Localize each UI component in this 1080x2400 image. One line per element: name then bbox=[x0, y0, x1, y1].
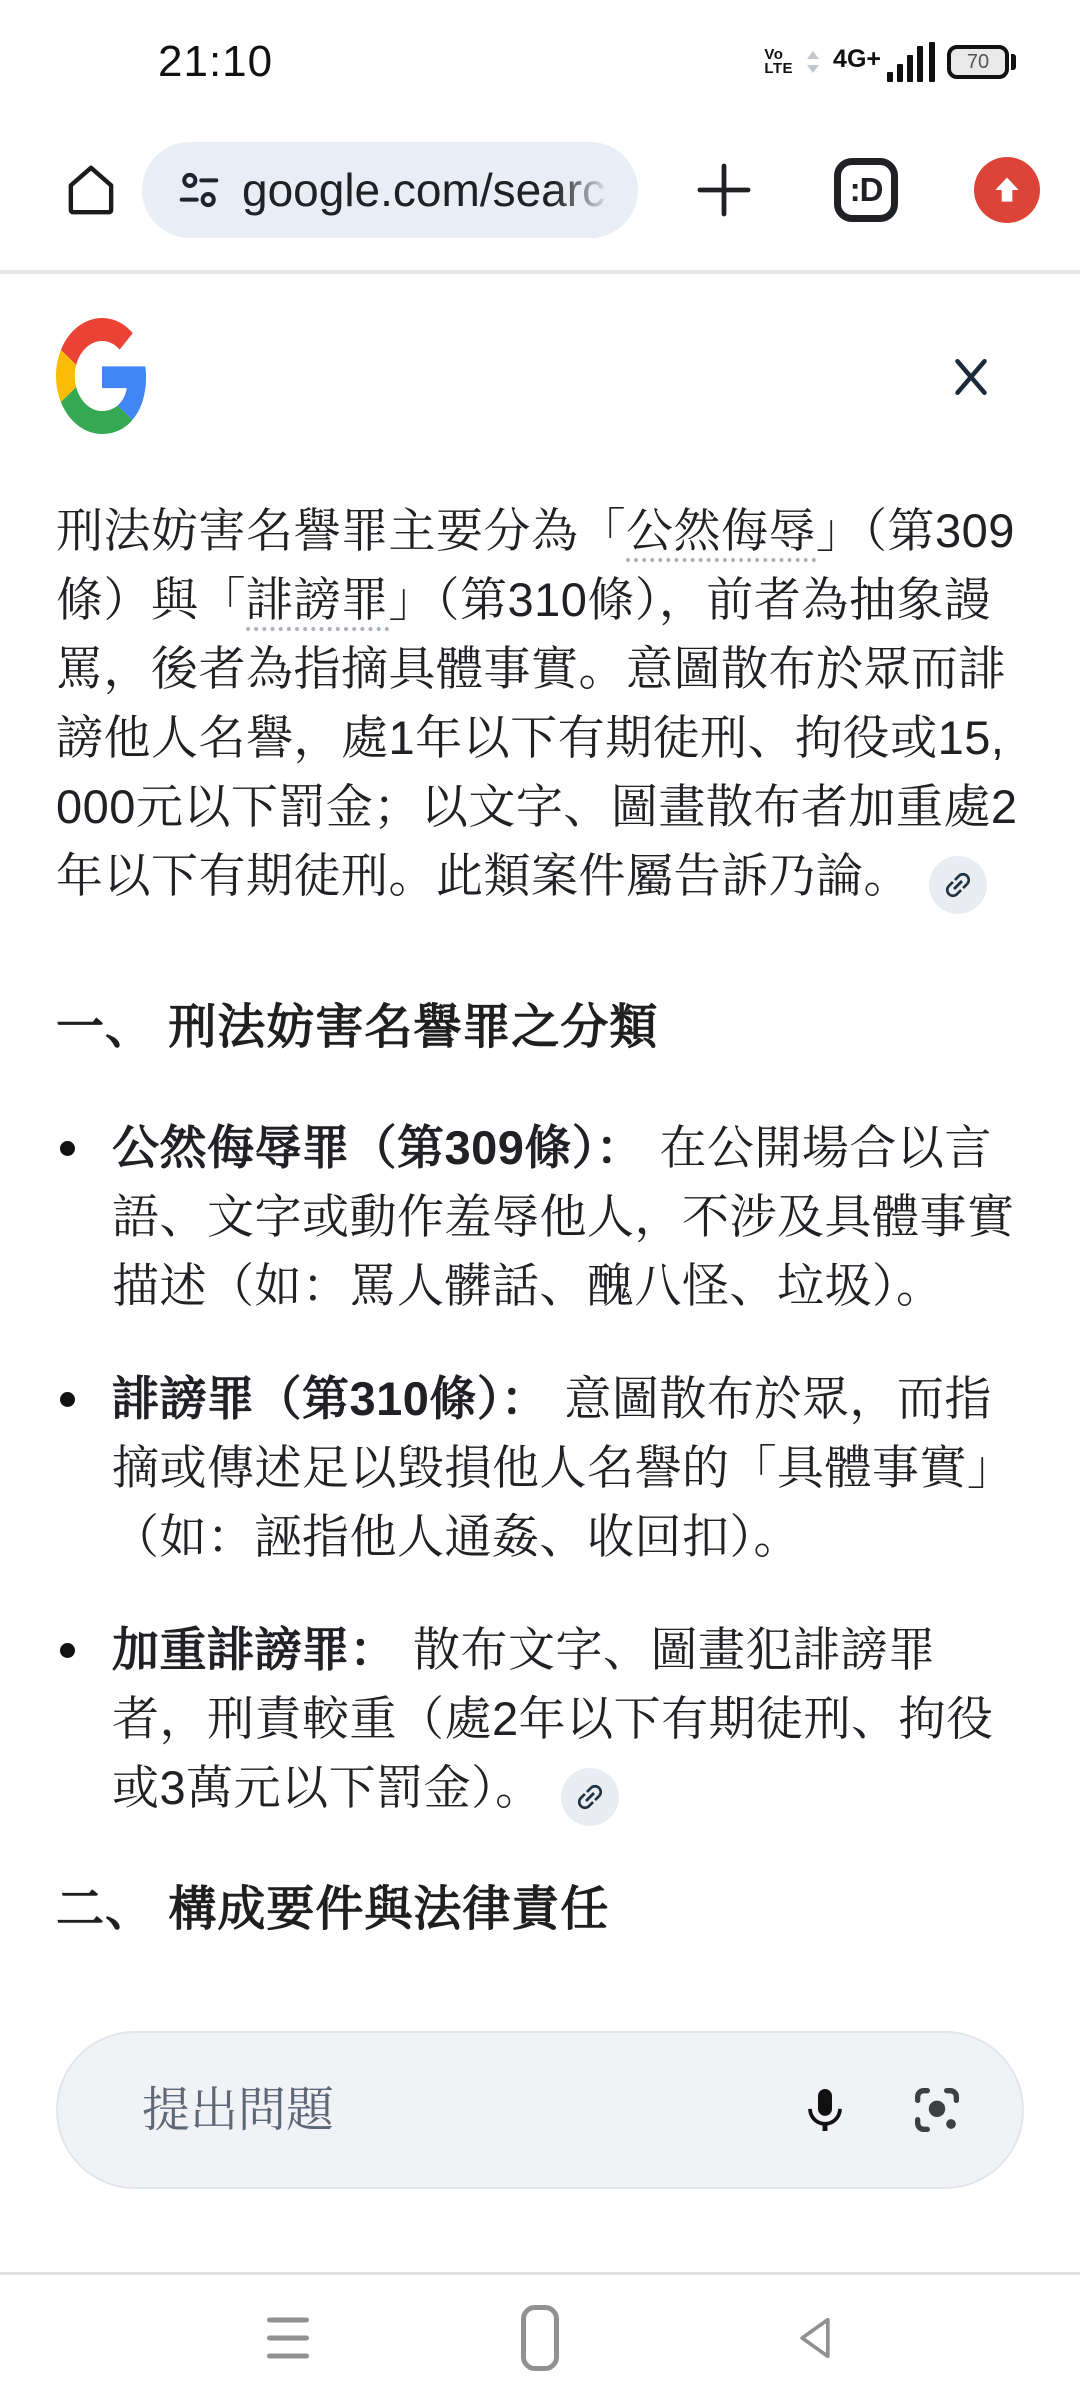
tab-switcher-button[interactable]: :D bbox=[834, 158, 898, 222]
url-text[interactable]: google.com/searc bbox=[242, 163, 614, 217]
classification-list: 公然侮辱罪（第309條）：在公開場合以言語、文字或動作羞辱他人，不涉及具體事實描… bbox=[56, 1113, 1024, 1826]
system-navigation-bar bbox=[0, 2272, 1080, 2400]
link-icon bbox=[573, 1780, 607, 1814]
bullet-lead: 加重誹謗罪： bbox=[112, 1623, 397, 1676]
source-link-button[interactable] bbox=[561, 1768, 619, 1826]
microphone-icon bbox=[797, 2082, 853, 2138]
bullet-lead: 公然侮辱罪（第309條）： bbox=[112, 1121, 643, 1174]
bullet-lead: 誹謗罪（第310條）： bbox=[112, 1372, 548, 1425]
omnibox[interactable]: google.com/searc bbox=[142, 142, 638, 238]
status-bar: 21:10 Vo LTE 4G+ 70 bbox=[0, 0, 1080, 110]
section-title-1: 一、 刑法妨害名譽罪之分類 bbox=[56, 988, 1024, 1057]
citation-link-public-insult[interactable]: 公然侮辱 bbox=[626, 504, 816, 562]
home-button[interactable] bbox=[56, 155, 126, 225]
google-logo bbox=[56, 318, 148, 434]
citation-link-defamation[interactable]: 誹謗罪 bbox=[246, 573, 389, 631]
voice-search-button[interactable] bbox=[790, 2075, 860, 2145]
google-lens-button[interactable] bbox=[902, 2075, 972, 2145]
section-title-2: 二、 構成要件與法律責任 bbox=[56, 1870, 1024, 1939]
site-controls-icon[interactable] bbox=[176, 167, 222, 213]
back-triangle-icon bbox=[793, 2313, 837, 2363]
android-chrome-screen: { "status_bar": { "time": "21:10", "volt… bbox=[0, 0, 1080, 2400]
link-icon bbox=[941, 868, 975, 902]
overview-paragraph: 刑法妨害名譽罪主要分為「公然侮辱」（第309條）與「誹謗罪」（第310條），前者… bbox=[56, 496, 1024, 914]
ai-overview-panel: 刑法妨害名譽罪主要分為「公然侮辱」（第309條）與「誹謗罪」（第310條），前者… bbox=[0, 318, 1080, 2189]
home-nav-button[interactable] bbox=[521, 2305, 559, 2371]
recents-menu-button[interactable] bbox=[267, 2317, 309, 2358]
update-arrow-icon bbox=[987, 170, 1027, 210]
ask-input[interactable] bbox=[142, 2083, 790, 2138]
clock: 21:10 bbox=[158, 37, 273, 87]
data-activity-icon bbox=[805, 51, 821, 73]
new-tab-button[interactable] bbox=[686, 152, 762, 228]
network-type-label: 4G+ bbox=[833, 47, 881, 72]
paragraph-text: 刑法妨害名譽罪主要分為「 bbox=[56, 504, 626, 557]
google-lens-icon bbox=[908, 2081, 966, 2139]
plus-icon bbox=[688, 154, 760, 226]
close-icon bbox=[944, 350, 998, 404]
battery-percent: 70 bbox=[967, 51, 989, 74]
tab-count-label: :D bbox=[850, 171, 883, 209]
menu-lines-icon bbox=[267, 2317, 309, 2322]
signal-strength-icon: 4G+ bbox=[833, 42, 935, 82]
list-item: 公然侮辱罪（第309條）：在公開場合以言語、文字或動作羞辱他人，不涉及具體事實描… bbox=[56, 1113, 1024, 1320]
home-icon bbox=[60, 159, 122, 221]
source-link-button[interactable] bbox=[929, 856, 987, 914]
browser-toolbar: google.com/searc :D bbox=[0, 110, 1080, 274]
overlay-header bbox=[56, 318, 1024, 446]
status-icons: Vo LTE 4G+ 70 bbox=[764, 42, 1016, 82]
ask-followup-box[interactable] bbox=[56, 2031, 1024, 2189]
battery-icon: 70 bbox=[947, 45, 1016, 79]
volte-icon: Vo LTE bbox=[764, 48, 793, 77]
list-item: 加重誹謗罪：散布文字、圖畫犯誹謗罪者，刑責較重（處2年以下有期徒刑、拘役或3萬元… bbox=[56, 1615, 1024, 1826]
close-overlay-button[interactable] bbox=[944, 350, 998, 404]
back-nav-button[interactable] bbox=[793, 2313, 837, 2363]
list-item: 誹謗罪（第310條）：意圖散布於眾，而指摘或傳述足以毀損他人名譽的「具體事實」（… bbox=[56, 1364, 1024, 1571]
chrome-update-menu-button[interactable] bbox=[974, 157, 1040, 223]
